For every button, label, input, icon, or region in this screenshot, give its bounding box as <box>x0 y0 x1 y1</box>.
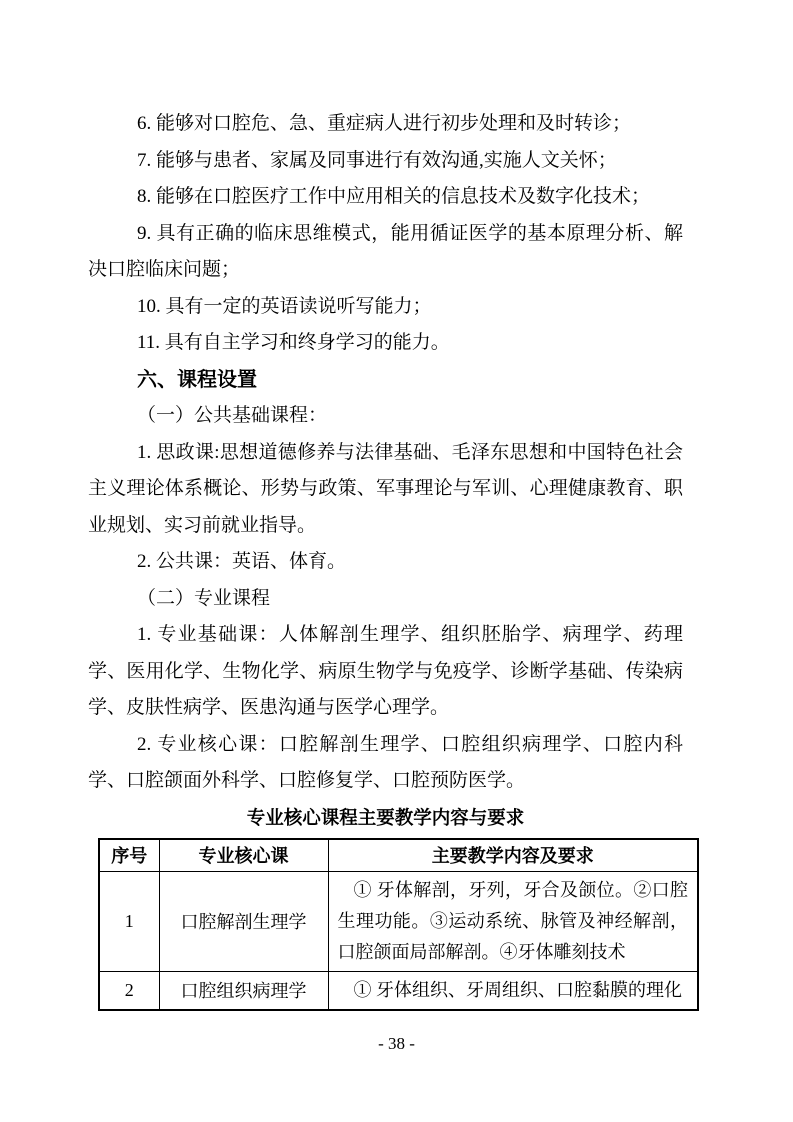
page-number: - 38 - <box>0 1034 793 1054</box>
course-content-cell: ① 牙体解剖，牙列，牙合及颌位。②口腔生理功能。③运动系统、脉管及神经解剖，口腔… <box>328 871 698 971</box>
document-body: 6. 能够对口腔危、急、重症病人进行初步处理和及时转诊；7. 能够与患者、家属及… <box>88 106 683 800</box>
row-number-cell: 2 <box>99 971 159 1010</box>
paragraph: （二）专业课程 <box>88 581 683 618</box>
course-name-cell: 口腔组织病理学 <box>159 971 328 1010</box>
paragraph: （一）公共基础课程： <box>88 398 683 435</box>
core-course-table: 序号专业核心课主要教学内容及要求 1口腔解剖生理学① 牙体解剖，牙列，牙合及颌位… <box>98 838 699 1011</box>
table-header-cell: 序号 <box>99 839 159 871</box>
paragraph: 8. 能够在口腔医疗工作中应用相关的信息技术及数字化技术； <box>88 179 683 216</box>
paragraph: 2. 公共课：英语、体育。 <box>88 544 683 581</box>
table-header-row: 序号专业核心课主要教学内容及要求 <box>99 839 698 871</box>
paragraph: 2. 专业核心课：口腔解剖生理学、口腔组织病理学、口腔内科学、口腔颌面外科学、口… <box>88 727 683 800</box>
paragraph: 1. 思政课:思想道德修养与法律基础、毛泽东思想和中国特色社会主义理论体系概论、… <box>88 435 683 545</box>
document-page: 6. 能够对口腔危、急、重症病人进行初步处理和及时转诊；7. 能够与患者、家属及… <box>0 0 793 1122</box>
paragraph: 1. 专业基础课：人体解剖生理学、组织胚胎学、病理学、药理学、医用化学、生物化学… <box>88 617 683 727</box>
row-number-cell: 1 <box>99 871 159 971</box>
table-row: 2口腔组织病理学① 牙体组织、牙周组织、口腔黏膜的理化 <box>99 971 698 1010</box>
document-content: 6. 能够对口腔危、急、重症病人进行初步处理和及时转诊；7. 能够与患者、家属及… <box>88 106 683 1011</box>
paragraph: 11. 具有自主学习和终身学习的能力。 <box>88 325 683 362</box>
paragraph: 7. 能够与患者、家属及同事进行有效沟通,实施人文关怀； <box>88 143 683 180</box>
course-name-cell: 口腔解剖生理学 <box>159 871 328 971</box>
paragraph: 9. 具有正确的临床思维模式，能用循证医学的基本原理分析、解决口腔临床问题； <box>88 216 683 289</box>
paragraph: 6. 能够对口腔危、急、重症病人进行初步处理和及时转诊； <box>88 106 683 143</box>
table-header-cell: 专业核心课 <box>159 839 328 871</box>
course-content-cell: ① 牙体组织、牙周组织、口腔黏膜的理化 <box>328 971 698 1010</box>
table-header-cell: 主要教学内容及要求 <box>328 839 698 871</box>
table-title: 专业核心课程主要教学内容与要求 <box>88 800 683 837</box>
table-row: 1口腔解剖生理学① 牙体解剖，牙列，牙合及颌位。②口腔生理功能。③运动系统、脉管… <box>99 871 698 971</box>
paragraph: 10. 具有一定的英语读说听写能力； <box>88 289 683 326</box>
section-heading: 六、课程设置 <box>88 362 683 399</box>
